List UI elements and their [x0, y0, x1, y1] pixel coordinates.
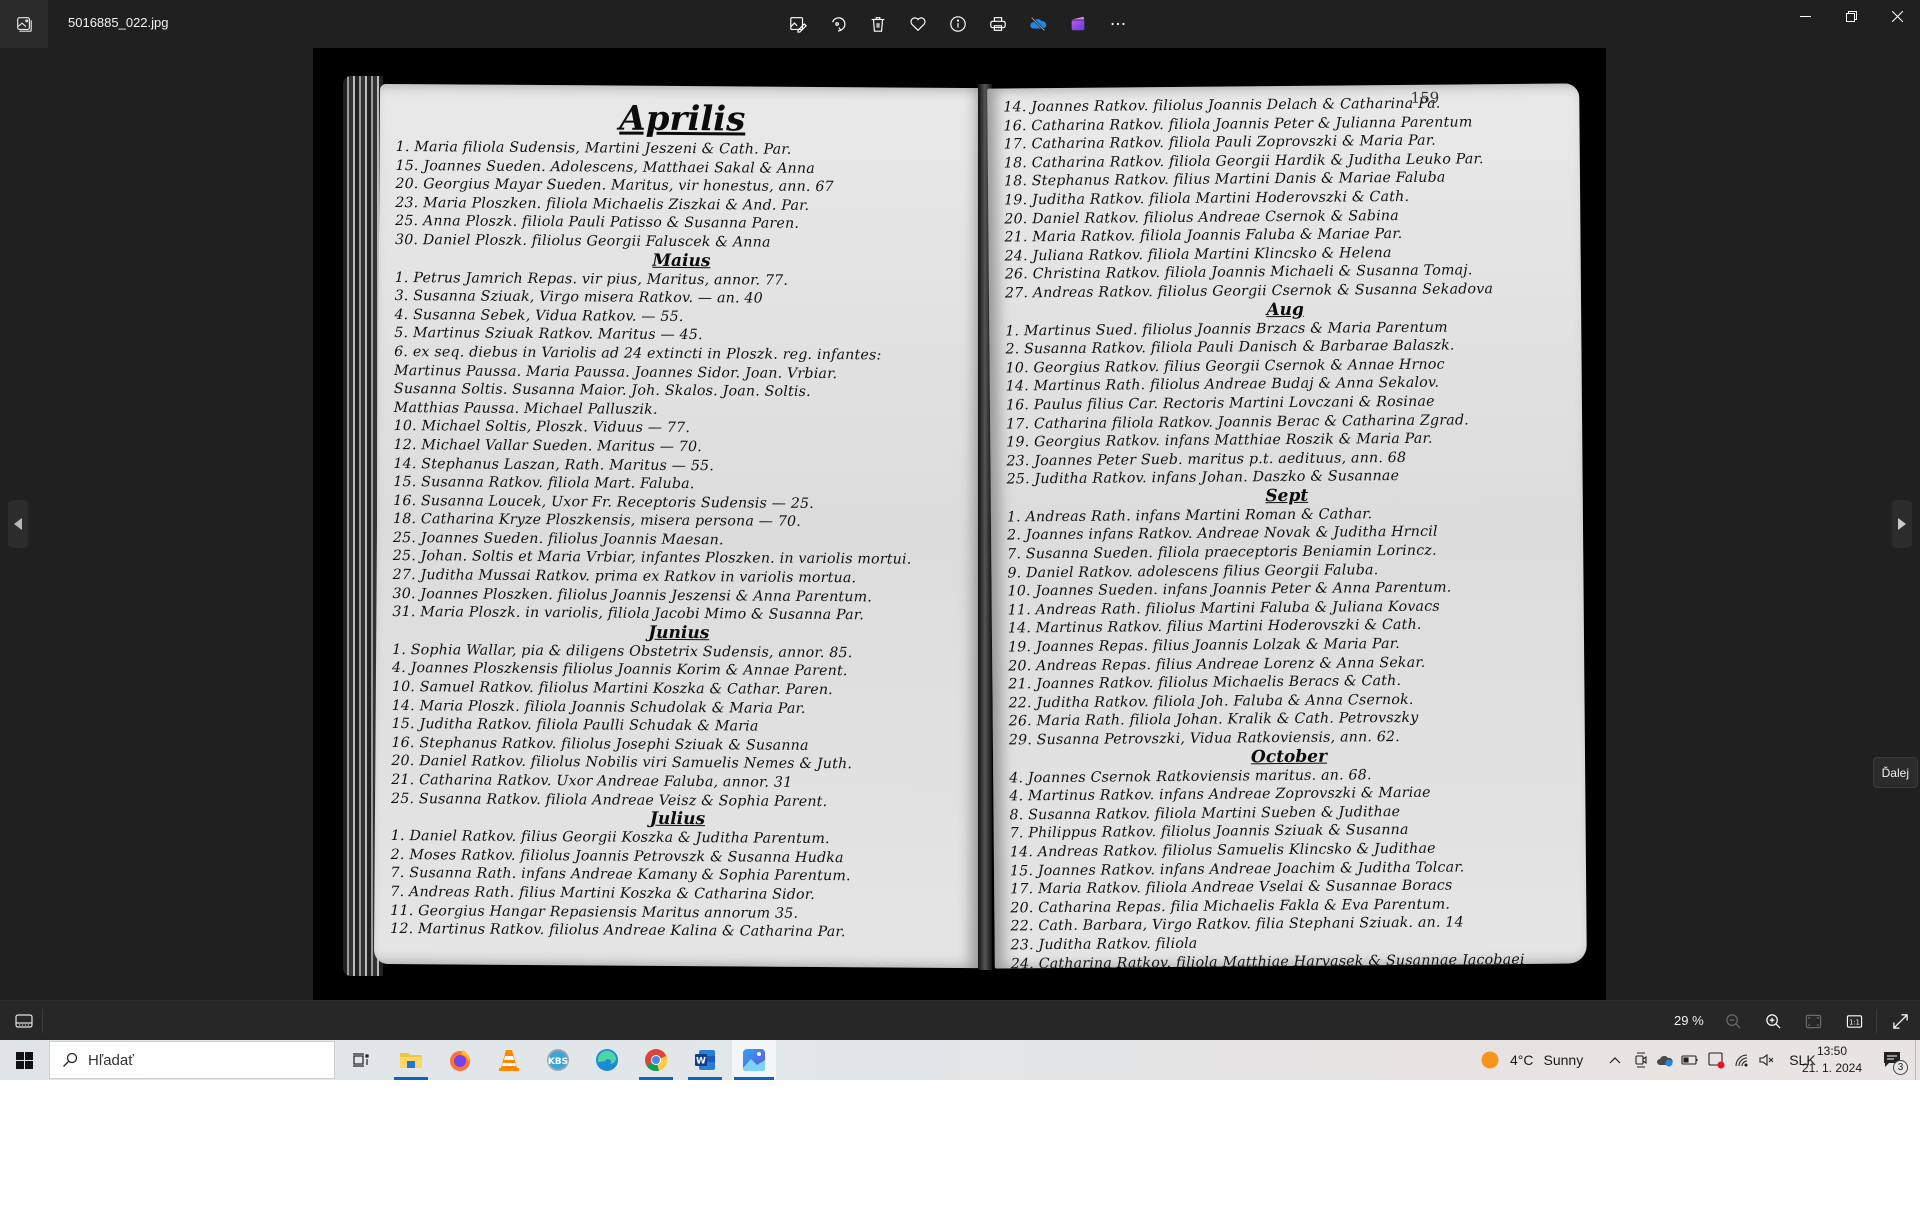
- defender-alert-icon: [1707, 1051, 1725, 1069]
- kbs-icon: KBS: [546, 1048, 570, 1072]
- previous-image-button[interactable]: [8, 500, 28, 548]
- info-icon: [949, 15, 967, 33]
- zoom-in-icon: [1765, 1013, 1782, 1030]
- svg-text:1:1: 1:1: [1849, 1018, 1860, 1026]
- sun-icon: [1481, 1051, 1499, 1069]
- taskbar-edge[interactable]: [585, 1040, 629, 1080]
- chrome-icon: [644, 1048, 668, 1072]
- chevron-up-icon: [1609, 1056, 1621, 1064]
- folder-icon: [399, 1049, 423, 1071]
- divider: [1876, 1009, 1877, 1033]
- vlc-icon: [498, 1048, 520, 1072]
- security-tray-button[interactable]: [1703, 1040, 1729, 1080]
- volume-muted-icon: [1759, 1053, 1775, 1067]
- file-name: 5016885_022.jpg: [68, 15, 169, 30]
- zoom-in-button[interactable]: [1757, 1005, 1789, 1037]
- expand-icon: [1892, 1013, 1909, 1030]
- taskbar-search-input[interactable]: Hľadať: [49, 1041, 335, 1079]
- onedrive-tray-button[interactable]: [1653, 1040, 1677, 1080]
- battery-tray-button[interactable]: [1677, 1040, 1703, 1080]
- firefox-icon: [448, 1048, 472, 1072]
- zoom-out-icon: [1725, 1013, 1742, 1030]
- notification-count-badge: 3: [1893, 1060, 1908, 1075]
- favorite-button[interactable]: [902, 8, 934, 40]
- window-controls: [1782, 0, 1920, 32]
- fit-icon: [1805, 1013, 1822, 1030]
- month-heading: Aprilis: [390, 100, 975, 138]
- edge-icon: [595, 1048, 619, 1072]
- image-viewer[interactable]: Aprilis1. Maria filiola Sudensis, Martin…: [0, 48, 1920, 1000]
- empty-area: [0, 1080, 1920, 1231]
- more-button[interactable]: [1102, 8, 1134, 40]
- word-icon: W: [693, 1048, 717, 1072]
- zoom-level[interactable]: 29 %: [1674, 1013, 1704, 1028]
- svg-text:KBS: KBS: [548, 1057, 568, 1067]
- task-view-button[interactable]: [338, 1040, 382, 1080]
- taskbar-kbs[interactable]: KBS: [536, 1040, 580, 1080]
- taskbar-clock[interactable]: 13:50 21. 1. 2024: [1800, 1043, 1864, 1077]
- clipchamp-icon: [1069, 15, 1087, 33]
- restore-icon: [1846, 11, 1857, 22]
- taskbar-word[interactable]: W: [683, 1040, 727, 1080]
- minimize-icon: [1800, 11, 1811, 22]
- taskbar-firefox[interactable]: [438, 1040, 482, 1080]
- clock-date: 21. 1. 2024: [1800, 1060, 1864, 1077]
- onedrive-sync-icon: [1656, 1053, 1674, 1067]
- task-view-icon: [351, 1051, 369, 1069]
- camera-icon: [1634, 1052, 1648, 1068]
- minimize-button[interactable]: [1782, 0, 1828, 32]
- previous-icon: [13, 517, 23, 531]
- photos-app-window: 5016885_022.jpg: [0, 0, 1920, 1040]
- search-icon: [62, 1052, 78, 1068]
- battery-icon: [1681, 1055, 1699, 1065]
- system-tray: 4°C Sunny SLK: [1478, 1040, 1816, 1080]
- show-hidden-icons-button[interactable]: [1601, 1040, 1629, 1080]
- actual-size-icon: 1:1: [1846, 1013, 1863, 1030]
- start-button[interactable]: [0, 1040, 48, 1080]
- windows-logo-icon: [16, 1052, 33, 1069]
- filmstrip-toggle-button[interactable]: [8, 1005, 40, 1037]
- actual-size-button[interactable]: 1:1: [1838, 1005, 1870, 1037]
- notification-center-button[interactable]: 3: [1872, 1040, 1912, 1080]
- photos-app-icon[interactable]: [0, 0, 48, 48]
- divider: [42, 1009, 43, 1033]
- document-photo: Aprilis1. Maria filiola Sudensis, Martin…: [313, 48, 1606, 1000]
- title-bar: 5016885_022.jpg: [0, 0, 1920, 48]
- trash-icon: [869, 15, 887, 33]
- weather-temp[interactable]: 4°C: [1502, 1040, 1534, 1080]
- page-number: 159: [1411, 89, 1440, 107]
- heart-icon: [909, 15, 927, 33]
- onedrive-button[interactable]: [1022, 8, 1054, 40]
- printer-icon: [989, 15, 1007, 33]
- taskbar-photos[interactable]: [732, 1040, 776, 1080]
- weather-widget[interactable]: [1478, 1040, 1502, 1080]
- right-page-entries: 14. Joannes Ratkov. filiolus Joannis Del…: [987, 83, 1587, 968]
- wifi-icon: [1734, 1053, 1750, 1067]
- taskbar-vlc[interactable]: [487, 1040, 531, 1080]
- register-entry: 12. Martinus Ratkov. filiolus Andreae Ka…: [384, 920, 969, 943]
- rotate-button[interactable]: [822, 8, 854, 40]
- show-desktop-button[interactable]: [1915, 1040, 1920, 1080]
- close-icon: [1892, 11, 1903, 22]
- next-tooltip: Ďalej: [1873, 757, 1918, 788]
- svg-text:W: W: [696, 1057, 706, 1067]
- taskbar-chrome[interactable]: [634, 1040, 678, 1080]
- zoom-out-button[interactable]: [1717, 1005, 1749, 1037]
- file-info-button[interactable]: [942, 8, 974, 40]
- next-image-button[interactable]: [1892, 500, 1912, 548]
- right-page: 159 14. Joannes Ratkov. filiolus Joannis…: [987, 83, 1587, 968]
- photos-icon: [742, 1048, 766, 1072]
- clipchamp-button[interactable]: [1062, 8, 1094, 40]
- onedrive-off-icon: [1029, 15, 1047, 33]
- camera-tray-button[interactable]: [1629, 1040, 1653, 1080]
- edit-image-button[interactable]: [782, 8, 814, 40]
- edit-image-icon: [789, 15, 807, 33]
- left-page-entries: Aprilis1. Maria filiola Sudensis, Martin…: [374, 84, 985, 943]
- next-icon: [1897, 517, 1907, 531]
- full-screen-button[interactable]: [1884, 1005, 1916, 1037]
- restore-button[interactable]: [1828, 0, 1874, 32]
- clock-time: 13:50: [1800, 1043, 1864, 1060]
- more-icon: [1109, 15, 1127, 33]
- fit-to-window-button[interactable]: [1797, 1005, 1829, 1037]
- print-button[interactable]: [982, 8, 1014, 40]
- weather-condition[interactable]: Sunny: [1534, 1040, 1584, 1080]
- image-toolbar: [782, 8, 1134, 40]
- viewer-status-bar: 29 % 1:1: [0, 1000, 1920, 1040]
- close-button[interactable]: [1874, 0, 1920, 32]
- taskbar-file-explorer[interactable]: [389, 1040, 433, 1080]
- filmstrip-icon: [15, 1014, 33, 1028]
- delete-button[interactable]: [862, 8, 894, 40]
- rotate-icon: [829, 15, 847, 33]
- windows-taskbar: Hľadať KBS: [0, 1040, 1920, 1080]
- left-page: Aprilis1. Maria filiola Sudensis, Martin…: [374, 84, 985, 968]
- volume-tray-button[interactable]: [1755, 1040, 1779, 1080]
- network-tray-button[interactable]: [1729, 1040, 1755, 1080]
- search-placeholder: Hľadať: [88, 1052, 134, 1069]
